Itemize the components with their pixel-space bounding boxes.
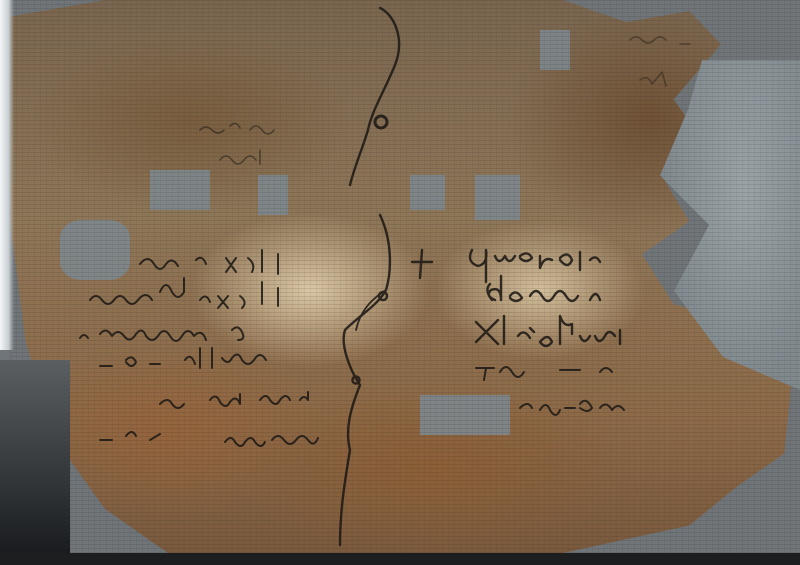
ink-strokes (0, 0, 800, 565)
photo-frame: ra ca ξξli ambarhic ξξli a aurfomnre rer… (0, 0, 800, 565)
